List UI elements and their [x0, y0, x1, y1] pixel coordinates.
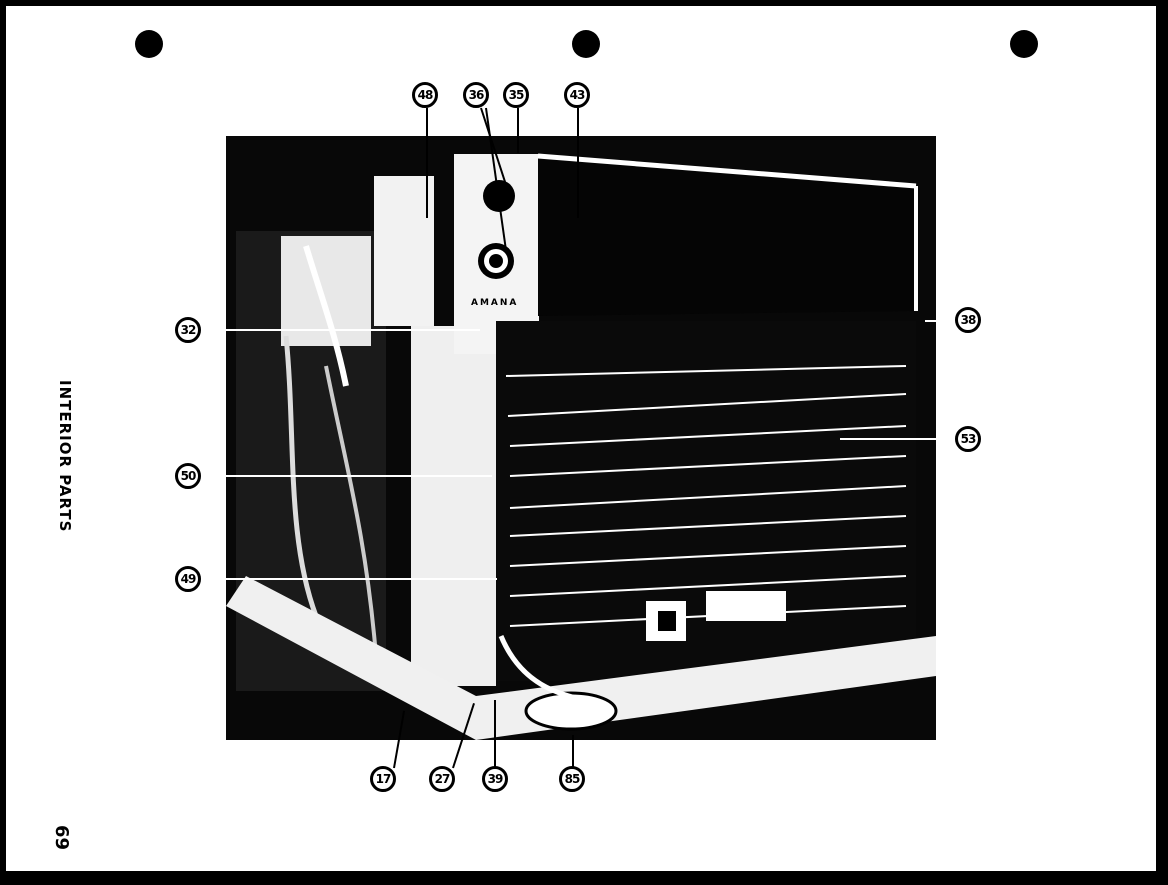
unit-illustration	[226, 136, 936, 740]
callout-53: 53	[955, 426, 981, 452]
page-number: 69	[50, 825, 74, 855]
scan-border	[6, 871, 1156, 885]
leader-39	[494, 700, 496, 768]
callout-50: 50	[175, 463, 201, 489]
unit-photo: AMANA	[226, 136, 936, 740]
leader-85	[572, 735, 574, 768]
binder-hole-right	[1010, 30, 1038, 58]
brand-label: AMANA	[471, 298, 518, 308]
leader-50	[202, 475, 492, 477]
binder-hole-left	[135, 30, 163, 58]
callout-38: 38	[955, 307, 981, 333]
leader-49	[202, 578, 497, 580]
callout-39: 39	[482, 766, 508, 792]
callout-32: 32	[175, 317, 201, 343]
leader-35	[517, 108, 519, 153]
page-number-text: 69	[51, 825, 72, 850]
leader-53	[840, 438, 955, 440]
callout-85: 85	[559, 766, 585, 792]
callout-36: 36	[463, 82, 489, 108]
callout-48: 48	[412, 82, 438, 108]
leader-32	[202, 329, 480, 331]
callout-35: 35	[503, 82, 529, 108]
binder-hole-center	[572, 30, 600, 58]
callout-43: 43	[564, 82, 590, 108]
leader-43	[577, 108, 579, 218]
callout-27: 27	[429, 766, 455, 792]
leader-48	[426, 108, 428, 218]
leader-38	[925, 320, 955, 322]
section-title-text: INTERIOR PARTS	[56, 380, 74, 532]
section-title: INTERIOR PARTS	[48, 380, 78, 515]
callout-17: 17	[370, 766, 396, 792]
callout-49: 49	[175, 566, 201, 592]
